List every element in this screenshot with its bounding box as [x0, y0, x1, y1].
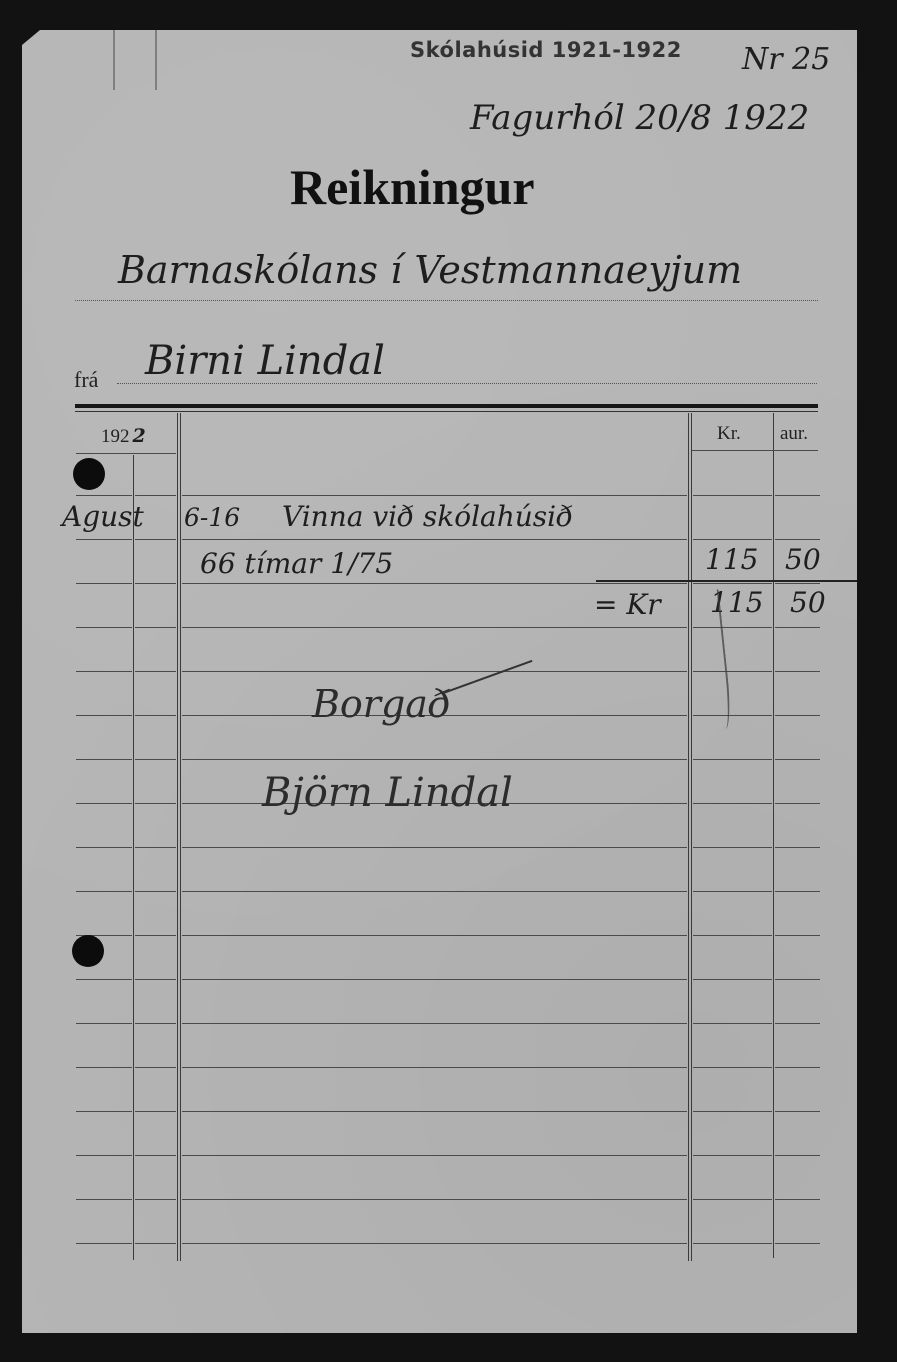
pencil-mark [113, 30, 157, 90]
table-row-line [135, 759, 176, 760]
table-row-line [693, 1243, 772, 1244]
table-row-line [182, 495, 687, 496]
table-row-line [775, 495, 820, 496]
row-2-description: 66 tímar 1/75 [200, 547, 393, 580]
table-row-line [76, 495, 132, 496]
table-row-line [693, 979, 772, 980]
table-row-line [135, 1199, 176, 1200]
column-line-month-day [133, 455, 134, 1260]
table-row-line [775, 583, 820, 584]
column-line-date-right [180, 413, 181, 1261]
table-row-line [693, 1155, 772, 1156]
table-row-line [775, 891, 820, 892]
invoice-number: Nr 25 [742, 42, 830, 77]
table-row-line [135, 1155, 176, 1156]
total-label: = Kr [594, 588, 661, 621]
header-divider-kr [692, 450, 818, 451]
table-row-line [182, 671, 687, 672]
table-row-line [182, 1155, 687, 1156]
place-and-date: Fagurhól 20/8 1922 [470, 98, 809, 138]
from-label: frá [74, 367, 98, 393]
table-row-line [76, 1067, 132, 1068]
total-underline [596, 580, 857, 582]
table-row-line [76, 891, 132, 892]
year-digit: 2 [133, 425, 146, 447]
table-row-line [76, 1111, 132, 1112]
table-row-line [76, 847, 132, 848]
table-row-line [135, 847, 176, 848]
column-line-kr-left [688, 413, 689, 1261]
table-row-line [182, 979, 687, 980]
table-row-line [775, 715, 820, 716]
table-row-line [76, 539, 132, 540]
table-row-line [693, 759, 772, 760]
table-row-line [182, 891, 687, 892]
table-row-line [182, 1199, 687, 1200]
table-row-line [182, 583, 687, 584]
table-row-line [182, 1023, 687, 1024]
table-row-line [135, 671, 176, 672]
table-row-line [135, 1243, 176, 1244]
column-line-date-left [177, 413, 178, 1261]
table-row-line [182, 1111, 687, 1112]
table-top-thin-rule [75, 411, 818, 412]
table-row-line [135, 627, 176, 628]
table-row-line [135, 495, 176, 496]
table-row-line [76, 759, 132, 760]
table-row-line [693, 583, 772, 584]
table-row-line [775, 803, 820, 804]
table-row-line [76, 803, 132, 804]
table-row-line [135, 979, 176, 980]
punch-hole-bottom [72, 935, 104, 967]
table-row-line [775, 627, 820, 628]
table-row-line [775, 847, 820, 848]
paid-label: Borgað [312, 682, 451, 726]
table-row-line [76, 583, 132, 584]
table-row-line [135, 803, 176, 804]
table-row-line [693, 803, 772, 804]
table-row-line [135, 583, 176, 584]
table-row-line [775, 979, 820, 980]
table-row-line [693, 539, 772, 540]
document-title: Reikningur [290, 158, 535, 216]
stamp-school-house: Skólahúsid 1921-1922 [410, 38, 682, 62]
table-row-line [135, 935, 176, 936]
table-row-line [775, 1111, 820, 1112]
table-row-line [693, 1111, 772, 1112]
table-row-line [76, 627, 132, 628]
column-header-aur: aur. [780, 423, 808, 445]
recipient-name: Barnaskólans í Vestmannaeyjum [118, 248, 742, 292]
table-row-line [76, 979, 132, 980]
table-row-line [693, 1199, 772, 1200]
recipient-dotted-line [75, 300, 818, 301]
table-row-line [775, 1067, 820, 1068]
column-line-kr-right [691, 413, 692, 1261]
row-1-description: Vinna við skólahúsið [282, 500, 573, 533]
sender-dotted-line [117, 383, 817, 384]
table-row-line [775, 1155, 820, 1156]
table-row-line [76, 1243, 132, 1244]
table-row-line [775, 671, 820, 672]
table-row-line [182, 759, 687, 760]
column-header-kr: Kr. [717, 423, 741, 445]
table-row-line [775, 539, 820, 540]
row-2-aur: 50 [785, 543, 821, 576]
table-row-line [693, 847, 772, 848]
table-row-line [775, 935, 820, 936]
row-2-kr: 115 [705, 543, 758, 576]
table-row-line [135, 1023, 176, 1024]
year-label: 1922 [101, 425, 146, 448]
row-1-month: Agust [62, 500, 144, 533]
table-row-line [693, 935, 772, 936]
table-row-line [693, 495, 772, 496]
table-row-line [693, 671, 772, 672]
table-row-line [693, 1023, 772, 1024]
table-row-line [182, 935, 687, 936]
table-row-line [693, 891, 772, 892]
row-1-date: 6-16 [184, 503, 240, 532]
table-row-line [182, 627, 687, 628]
table-row-line [76, 715, 132, 716]
table-row-line [775, 1243, 820, 1244]
table-row-line [182, 847, 687, 848]
table-row-line [135, 1111, 176, 1112]
table-row-line [76, 671, 132, 672]
table-row-line [693, 715, 772, 716]
punch-hole-top [73, 458, 105, 490]
table-top-heavy-rule [75, 404, 818, 408]
header-divider-date [76, 453, 176, 454]
sender-name: Birni Lindal [145, 338, 385, 384]
table-row-line [182, 1067, 687, 1068]
table-row-line [76, 1155, 132, 1156]
table-row-line [775, 1199, 820, 1200]
signature: Björn Lindal [262, 770, 513, 816]
table-row-line [693, 1067, 772, 1068]
table-row-line [775, 1023, 820, 1024]
table-row-line [182, 539, 687, 540]
table-row-line [135, 891, 176, 892]
table-row-line [135, 539, 176, 540]
table-row-line [135, 1067, 176, 1068]
table-row-line [76, 1023, 132, 1024]
column-line-aur [773, 413, 774, 1258]
table-row-line [182, 1243, 687, 1244]
total-aur: 50 [790, 586, 826, 619]
table-row-line [135, 715, 176, 716]
table-row-line [76, 1199, 132, 1200]
table-row-line [775, 759, 820, 760]
year-prefix: 192 [101, 426, 130, 447]
